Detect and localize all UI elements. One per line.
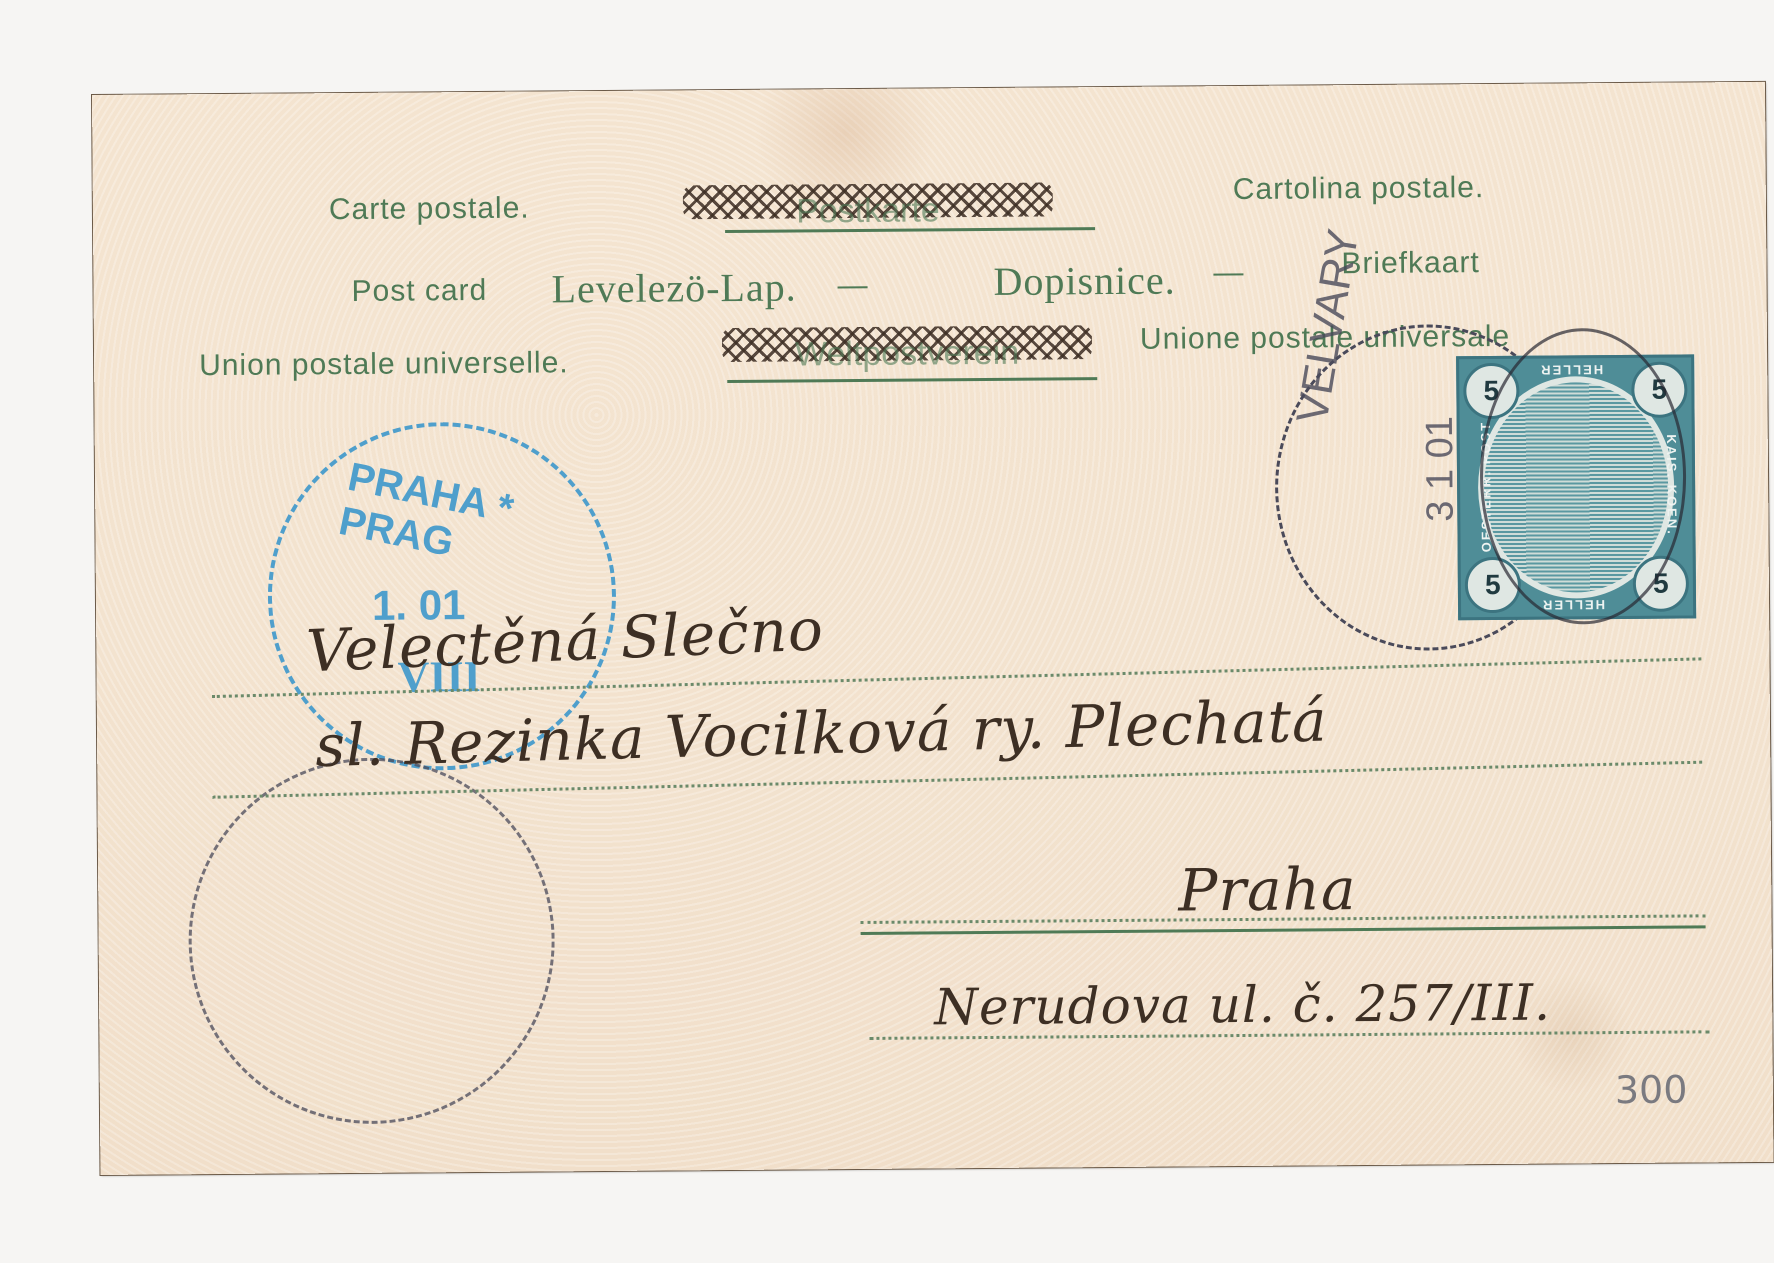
postkarte-crossed-out: Postkarte: [683, 182, 1053, 219]
post-card-label: Post card: [351, 274, 487, 309]
levelezo-lap-label: Levelezö-Lap.: [551, 263, 796, 312]
header-rule-bottom: [727, 377, 1097, 383]
address-line-3-solid: [861, 925, 1706, 935]
carte-postale-label: Carte postale.: [329, 192, 530, 228]
postage-stamp: 5 5 5 5 HELLER HELLER OESTERR. POST KAIS…: [1456, 354, 1696, 620]
weltpostverein-crossed-out: Weltpostverein: [722, 325, 1092, 362]
postmark-city: PRAHA * PRAG: [335, 455, 618, 597]
dash-separator: —: [837, 269, 868, 303]
stamp-cancel-arc: [1479, 327, 1687, 625]
weltpostverein-label: Weltpostverein: [722, 333, 1092, 375]
dash-separator: —: [1213, 256, 1244, 290]
street-handwriting: Nerudova ul. č. 257/III.: [934, 974, 1551, 1037]
postkarte-label: Postkarte: [683, 190, 1053, 232]
city-handwriting: Praha: [1178, 855, 1357, 924]
pencil-price-note: 300: [1615, 1068, 1688, 1113]
grey-postmark: [187, 756, 556, 1125]
dopisnice-label: Dopisnice.: [993, 256, 1176, 304]
postcard: Carte postale. Postkarte Cartolina posta…: [92, 82, 1773, 1175]
cartolina-postale-label: Cartolina postale.: [1233, 171, 1485, 207]
union-postale-label: Union postale universelle.: [199, 346, 569, 383]
